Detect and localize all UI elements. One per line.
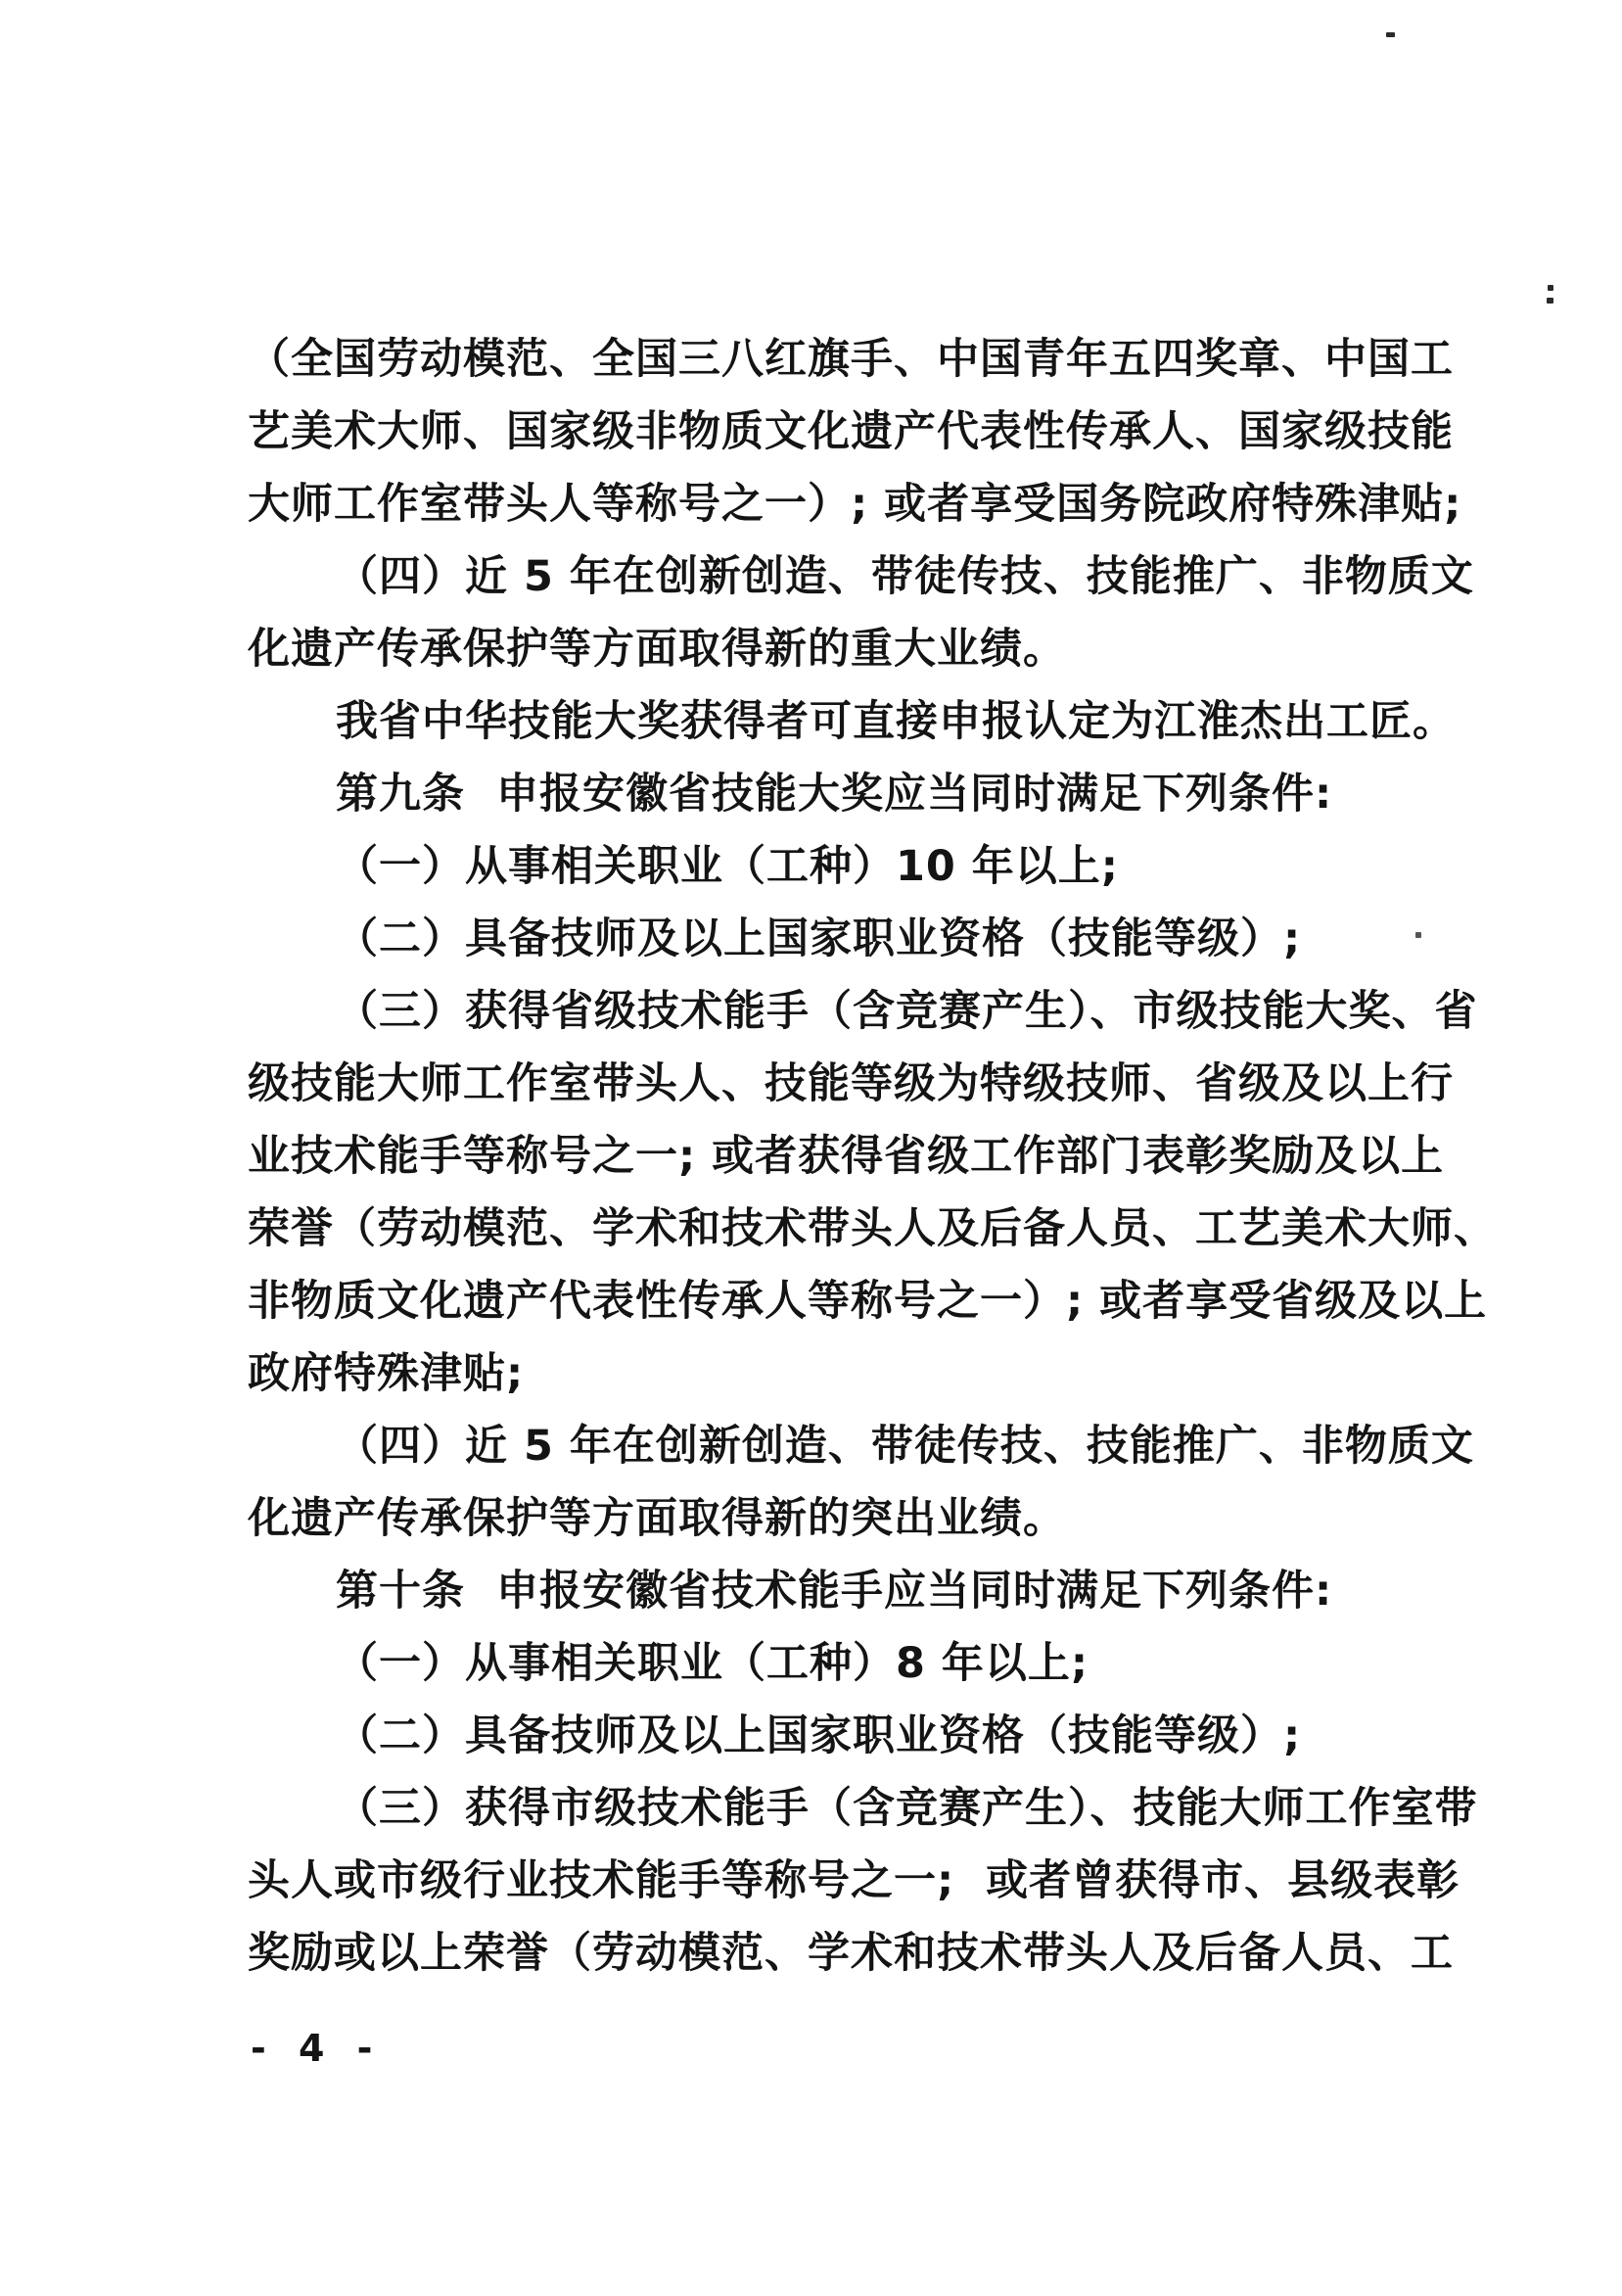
text-line: （一）从事相关职业（工种）8 年以上; bbox=[248, 1627, 1471, 1700]
scan-artifact bbox=[1548, 285, 1553, 291]
text-line: （四）近 5 年在创新创造、带徒传技、技能推广、非物质文 bbox=[248, 1410, 1471, 1482]
text-line: 化遗产传承保护等方面取得新的突出业绩。 bbox=[248, 1482, 1471, 1555]
page-number: - 4 - bbox=[251, 2025, 382, 2072]
text-line: （四）近 5 年在创新创造、带徒传技、技能推广、非物质文 bbox=[248, 540, 1471, 613]
document-body: （全国劳动模范、全国三八红旗手、中国青年五四奖章、中国工 艺美术大师、国家级非物… bbox=[248, 323, 1471, 1990]
text-line: （二）具备技师及以上国家职业资格（技能等级）; bbox=[248, 1700, 1471, 1772]
text-line: 头人或市级行业技术能手等称号之一; 或者曾获得市、县级表彰 bbox=[248, 1845, 1471, 1917]
text-line: 化遗产传承保护等方面取得新的重大业绩。 bbox=[248, 613, 1471, 685]
text-line: （全国劳动模范、全国三八红旗手、中国青年五四奖章、中国工 bbox=[248, 323, 1471, 396]
text-line: 我省中华技能大奖获得者可直接申报认定为江淮杰出工匠。 bbox=[248, 685, 1471, 758]
scan-artifact bbox=[1386, 32, 1395, 37]
text-line: （三）获得市级技术能手（含竞赛产生）、技能大师工作室带 bbox=[248, 1772, 1471, 1845]
text-line: （一）从事相关职业（工种）10 年以上; bbox=[248, 830, 1471, 903]
text-line: 艺美术大师、国家级非物质文化遗产代表性传承人、国家级技能 bbox=[248, 396, 1471, 468]
text-line: 奖励或以上荣誉（劳动模范、学术和技术带头人及后备人员、工 bbox=[248, 1917, 1471, 1990]
scan-artifact bbox=[1547, 298, 1553, 304]
text-line: 级技能大师工作室带头人、技能等级为特级技师、省级及以上行 bbox=[248, 1048, 1471, 1120]
text-line: （二）具备技师及以上国家职业资格（技能等级）; bbox=[248, 903, 1471, 975]
text-line: 荣誉（劳动模范、学术和技术带头人及后备人员、工艺美术大师、 bbox=[248, 1193, 1471, 1265]
section-heading-line: 第九条 申报安徽省技能大奖应当同时满足下列条件: bbox=[248, 758, 1471, 830]
text-line: 政府特殊津贴; bbox=[248, 1337, 1471, 1410]
scanned-document-page: （全国劳动模范、全国三八红旗手、中国青年五四奖章、中国工 艺美术大师、国家级非物… bbox=[0, 0, 1622, 2296]
text-line: （三）获得省级技术能手（含竞赛产生）、市级技能大奖、省 bbox=[248, 975, 1471, 1048]
text-line: 非物质文化遗产代表性传承人等称号之一）; 或者享受省级及以上 bbox=[248, 1265, 1471, 1337]
text-line: 大师工作室带头人等称号之一）; 或者享受国务院政府特殊津贴; bbox=[248, 468, 1471, 540]
scan-artifact bbox=[1415, 932, 1421, 938]
text-line: 业技术能手等称号之一; 或者获得省级工作部门表彰奖励及以上 bbox=[248, 1120, 1471, 1193]
section-heading-line: 第十条 申报安徽省技术能手应当同时满足下列条件: bbox=[248, 1555, 1471, 1627]
